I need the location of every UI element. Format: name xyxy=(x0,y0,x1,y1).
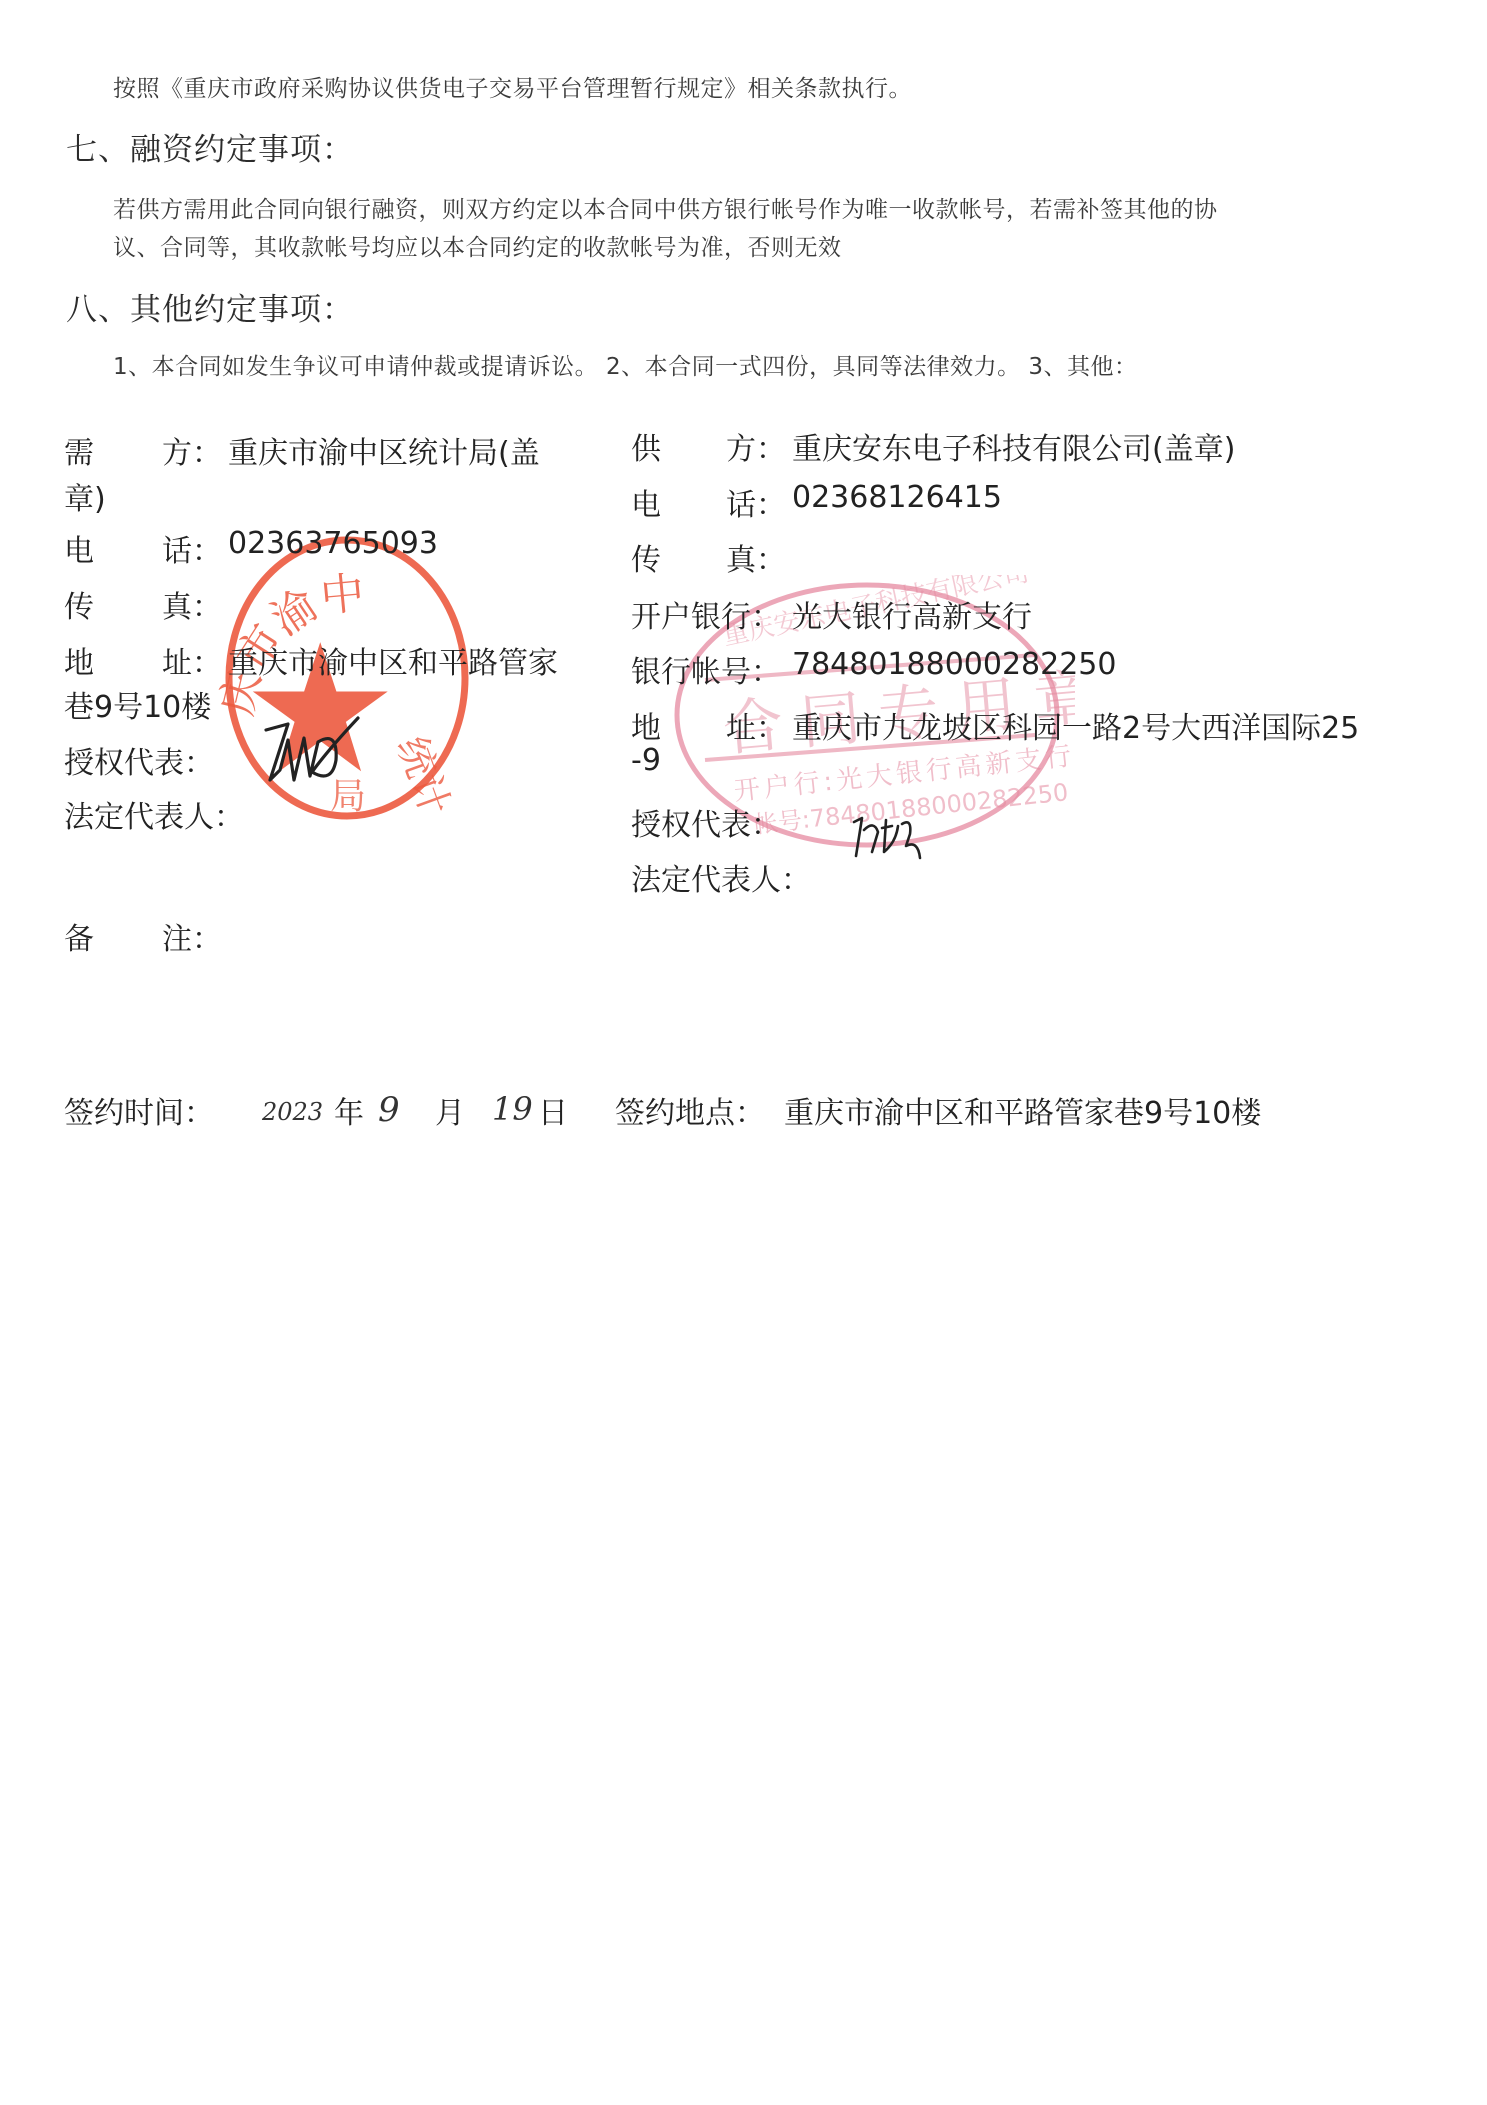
supply-party-name: 重庆安东电子科技有限公司(盖章) xyxy=(792,424,1235,468)
supply-bank-value: 光大银行高新支行 xyxy=(792,592,1032,636)
svg-text:局: 局 xyxy=(330,776,366,817)
remarks-label-2: 注： xyxy=(162,914,222,958)
signing-time-label: 签约时间： xyxy=(64,1088,214,1132)
demand-signature xyxy=(258,710,378,800)
section8-paragraph: 1、本合同如发生争议可申请仲裁或提请诉讼。 2、本合同一式四份，具同等法律效力。… xyxy=(113,348,1138,381)
demand-party-name-cont: 章) xyxy=(64,474,106,518)
signing-year-handwritten: 2023 xyxy=(262,1098,323,1126)
demand-address-value: 重庆市渝中区和平路管家 xyxy=(228,638,558,682)
supply-account-label: 银行帐号： xyxy=(631,647,781,691)
signing-day-unit: 日 xyxy=(538,1088,568,1132)
supply-party-label-1: 供 xyxy=(631,424,661,468)
demand-party-label-2: 方： xyxy=(162,428,222,472)
supply-bank-label: 开户银行： xyxy=(631,592,781,636)
supply-address-label-2: 址： xyxy=(726,703,786,747)
supply-party-label-2: 方： xyxy=(726,424,786,468)
demand-address-label-2: 址： xyxy=(162,638,222,682)
signing-year-unit: 年 xyxy=(334,1088,364,1132)
demand-party-name: 重庆市渝中区统计局(盖 xyxy=(228,428,540,472)
supply-legal-rep-label: 法定代表人： xyxy=(631,855,811,899)
demand-auth-rep-label: 授权代表： xyxy=(64,738,214,782)
supply-phone-label-1: 电 xyxy=(631,480,661,524)
remarks-label-1: 备 xyxy=(64,914,94,958)
supply-signature xyxy=(848,812,928,862)
supply-fax-label-2: 真： xyxy=(726,535,786,579)
svg-text:开户行:光大银行高新支行: 开户行:光大银行高新支行 xyxy=(733,741,1075,807)
svg-text:统计: 统计 xyxy=(388,731,459,822)
clause6-tail: 按照《重庆市政府采购协议供货电子交易平台管理暂行规定》相关条款执行。 xyxy=(113,70,912,103)
supply-auth-rep-label: 授权代表： xyxy=(631,800,781,844)
demand-phone-label-2: 话： xyxy=(162,526,222,570)
signing-month-handwritten: 9 xyxy=(378,1090,400,1130)
supply-fax-label-1: 传 xyxy=(631,535,661,579)
supply-address-value-cont: -9 xyxy=(631,743,661,778)
demand-phone-label-1: 电 xyxy=(64,526,94,570)
supply-account-value: 78480188000282250 xyxy=(792,647,1116,682)
signing-day-handwritten: 19 xyxy=(492,1090,533,1128)
signing-place-label: 签约地点： xyxy=(615,1088,765,1132)
signing-month-unit: 月 xyxy=(435,1088,465,1132)
demand-fax-label-1: 传 xyxy=(64,582,94,626)
supply-phone-value: 02368126415 xyxy=(792,480,1002,515)
demand-address-label-1: 地 xyxy=(64,638,94,682)
demand-legal-rep-label: 法定代表人： xyxy=(64,792,244,836)
supply-address-label-1: 地 xyxy=(631,703,661,747)
demand-fax-label-2: 真： xyxy=(162,582,222,626)
section7-title: 七、融资约定事项： xyxy=(66,124,354,169)
signing-place-value: 重庆市渝中区和平路管家巷9号10楼 xyxy=(784,1088,1261,1132)
section8-title: 八、其他约定事项： xyxy=(66,284,354,329)
demand-phone-value: 02363765093 xyxy=(228,526,438,561)
supply-address-value: 重庆市九龙坡区科园一路2号大西洋国际25 xyxy=(792,703,1359,747)
section7-paragraph-line2: 议、合同等，其收款帐号均应以本合同约定的收款帐号为准，否则无效 xyxy=(113,229,842,262)
demand-party-label-1: 需 xyxy=(64,428,94,472)
demand-address-value-cont: 巷9号10楼 xyxy=(64,682,211,726)
svg-text:帐号:78480188000282250: 帐号:78480188000282250 xyxy=(753,778,1070,839)
section7-paragraph-line1: 若供方需用此合同向银行融资，则双方约定以本合同中供方银行帐号作为唯一收款帐号，若… xyxy=(113,191,1218,224)
supply-phone-label-2: 话： xyxy=(726,480,786,524)
